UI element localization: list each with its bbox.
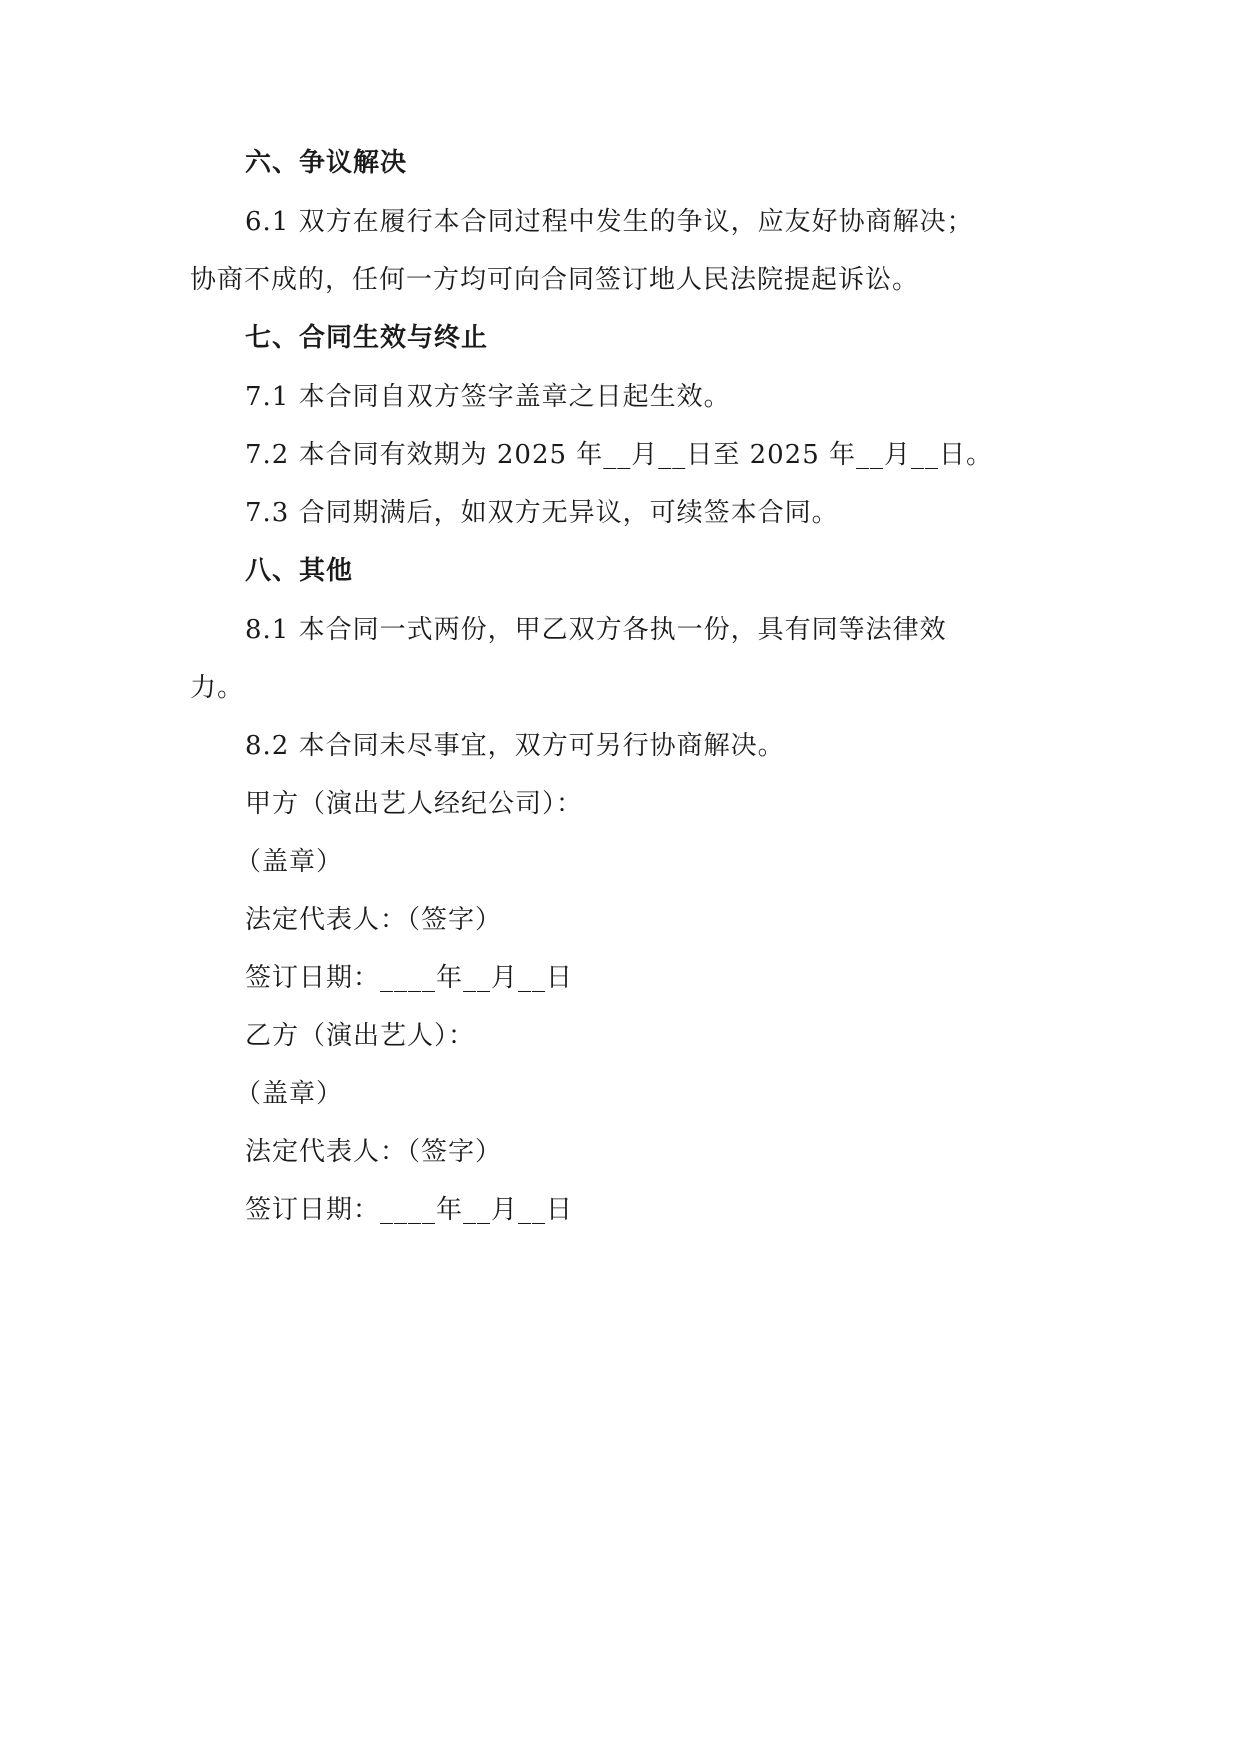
party-a-representative: 法定代表人：（签字） <box>245 903 502 937</box>
clause-6-1-line-1: 6.1 双方在履行本合同过程中发生的争议，应友好协商解决； <box>245 205 974 239</box>
party-b-seal: （盖章） <box>235 1077 343 1111</box>
clause-8-2: 8.2 本合同未尽事宜，双方可另行协商解决。 <box>245 729 785 763</box>
party-a-signing-date: 签订日期：____年__月__日 <box>245 961 573 995</box>
section-heading-other: 八、其他 <box>245 554 353 588</box>
clause-6-1-line-2: 协商不成的，任何一方均可向合同签订地人民法院提起诉讼。 <box>190 263 919 297</box>
section-heading-dispute-resolution: 六、争议解决 <box>245 146 407 180</box>
clause-8-1-line-1: 8.1 本合同一式两份，甲乙双方各执一份，具有同等法律效 <box>245 613 947 647</box>
clause-7-2: 7.2 本合同有效期为 2025 年__月__日至 2025 年__月__日。 <box>245 438 993 472</box>
clause-7-3: 7.3 合同期满后，如双方无异议，可续签本合同。 <box>245 496 839 530</box>
party-b-representative: 法定代表人：（签字） <box>245 1135 502 1169</box>
document-page: 六、争议解决 6.1 双方在履行本合同过程中发生的争议，应友好协商解决； 协商不… <box>0 0 1240 1753</box>
party-b-signing-date: 签订日期：____年__月__日 <box>245 1193 573 1227</box>
party-a-seal: （盖章） <box>235 845 343 879</box>
party-b-title: 乙方（演出艺人）： <box>245 1019 475 1053</box>
party-a-title: 甲方（演出艺人经纪公司）： <box>245 787 583 821</box>
clause-7-1: 7.1 本合同自双方签字盖章之日起生效。 <box>245 380 731 414</box>
clause-8-1-line-2: 力。 <box>190 671 244 705</box>
section-heading-effectiveness-termination: 七、合同生效与终止 <box>245 321 488 355</box>
